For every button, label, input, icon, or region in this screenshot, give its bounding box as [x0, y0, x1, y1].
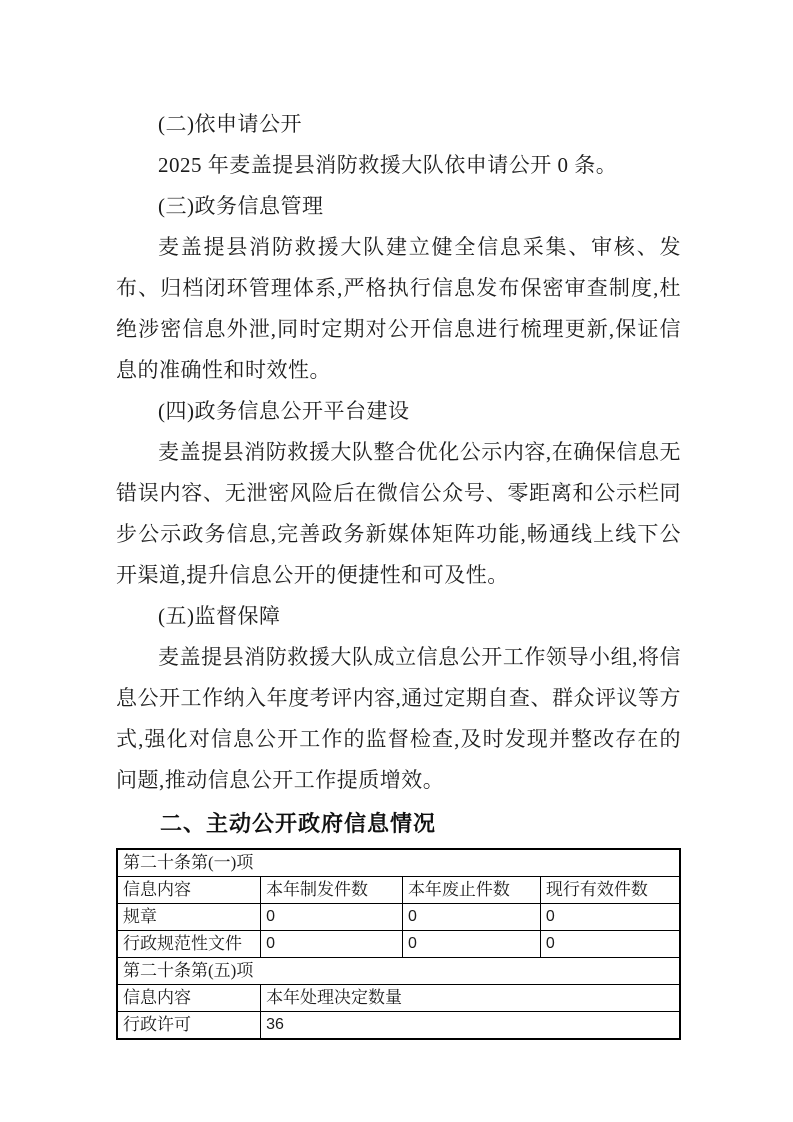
table-cell-value: 36	[261, 1012, 680, 1040]
table-cell-value: 0	[402, 904, 540, 931]
table-row-normative-documents: 行政规范性文件 0 0 0	[117, 931, 680, 958]
section-heading-request-disclosure: (二)依申请公开	[116, 104, 681, 145]
table-cell-value: 0	[540, 931, 680, 958]
table-header-cell: 现行有效件数	[540, 877, 680, 904]
paragraph-info-management: 麦盖提县消防救援大队建立健全信息采集、审核、发布、归档闭环管理体系,严格执行信息…	[116, 227, 681, 391]
table-span-cell: 第二十条第(五)项	[117, 958, 680, 985]
paragraph-supervision: 麦盖提县消防救援大队成立信息公开工作领导小组,将信息公开工作纳入年度考评内容,通…	[116, 637, 681, 801]
table-row-article20-item5: 第二十条第(五)项	[117, 958, 680, 985]
paragraph-platform-construction: 麦盖提县消防救援大队整合优化公示内容,在确保信息无错误内容、无泄密风险后在微信公…	[116, 432, 681, 596]
main-heading-active-disclosure: 二、主动公开政府信息情况	[116, 807, 681, 838]
disclosure-statistics-table: 第二十条第(一)项 信息内容 本年制发件数 本年废止件数 现行有效件数 规章 0…	[116, 848, 681, 1040]
table-cell-value: 0	[402, 931, 540, 958]
table-header-cell: 信息内容	[117, 985, 261, 1012]
section-heading-info-management: (三)政务信息管理	[116, 186, 681, 227]
table-header-cell: 本年废止件数	[402, 877, 540, 904]
table-cell-value: 0	[540, 904, 680, 931]
table-row-article20-item1: 第二十条第(一)项	[117, 849, 680, 877]
document-page: (二)依申请公开 2025 年麦盖提县消防救援大队依申请公开 0 条。 (三)政…	[0, 0, 793, 1122]
table-header-cell: 本年处理决定数量	[261, 985, 680, 1012]
section-heading-platform-construction: (四)政务信息公开平台建设	[116, 391, 681, 432]
table-row-regulations: 规章 0 0 0	[117, 904, 680, 931]
document-content: (二)依申请公开 2025 年麦盖提县消防救援大队依申请公开 0 条。 (三)政…	[116, 104, 681, 1040]
table-row-administrative-license: 行政许可 36	[117, 1012, 680, 1040]
table-cell: 行政许可	[117, 1012, 261, 1040]
table-cell: 行政规范性文件	[117, 931, 261, 958]
table-subheader-row: 信息内容 本年处理决定数量	[117, 985, 680, 1012]
table-span-cell: 第二十条第(一)项	[117, 849, 680, 877]
table-cell-value: 0	[261, 904, 403, 931]
paragraph-request-disclosure: 2025 年麦盖提县消防救援大队依申请公开 0 条。	[116, 145, 681, 186]
table-cell-value: 0	[261, 931, 403, 958]
section-heading-supervision: (五)监督保障	[116, 596, 681, 637]
table-cell: 规章	[117, 904, 261, 931]
table-header-cell: 信息内容	[117, 877, 261, 904]
table-header-row: 信息内容 本年制发件数 本年废止件数 现行有效件数	[117, 877, 680, 904]
table-header-cell: 本年制发件数	[261, 877, 403, 904]
